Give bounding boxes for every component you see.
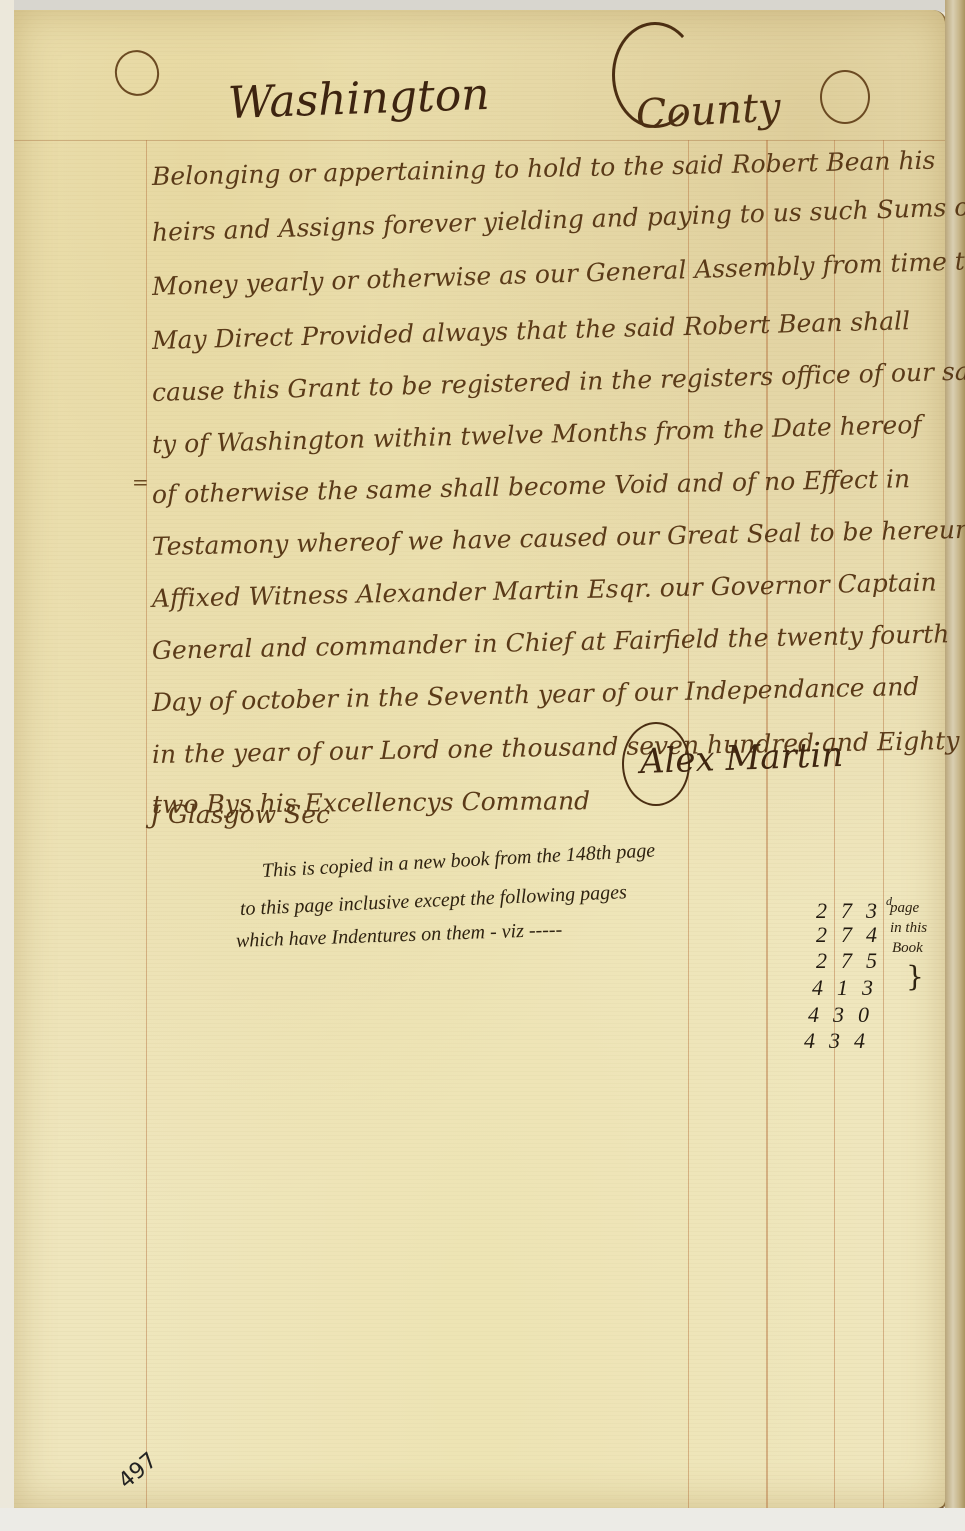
governor-signature: Alex Martin bbox=[639, 735, 844, 782]
excepted-page-3: 275 bbox=[816, 948, 891, 974]
left-margin-rule bbox=[146, 140, 147, 1508]
column-rule-4 bbox=[883, 140, 884, 1508]
secretary-signature: J Glasgow Sec bbox=[150, 800, 330, 829]
excepted-page-2: 274 bbox=[816, 922, 891, 948]
excepted-page-4: 413 bbox=[812, 975, 887, 1001]
county-label-heading: County bbox=[635, 84, 782, 138]
excepted-page-5: 430 bbox=[808, 1002, 883, 1028]
side-note-2: in this bbox=[890, 920, 927, 937]
column-rule-3 bbox=[834, 140, 835, 1508]
scan-background-left bbox=[0, 0, 14, 1531]
flourish-right-icon bbox=[820, 70, 870, 124]
excepted-page-1: 273 bbox=[816, 898, 891, 924]
margin-mark: = bbox=[132, 470, 149, 494]
column-rule-2 bbox=[766, 140, 768, 1508]
side-note-3: Book bbox=[892, 940, 923, 957]
column-rule-1 bbox=[688, 140, 689, 1508]
brace-icon: } bbox=[906, 960, 924, 993]
book-binding-edge bbox=[945, 0, 965, 1531]
county-name-heading: Washington bbox=[227, 69, 490, 129]
header-rule-line bbox=[14, 140, 945, 141]
excepted-page-6: 434 bbox=[804, 1028, 879, 1054]
scan-background-bottom bbox=[0, 1508, 965, 1531]
side-note-1: page bbox=[890, 900, 919, 917]
